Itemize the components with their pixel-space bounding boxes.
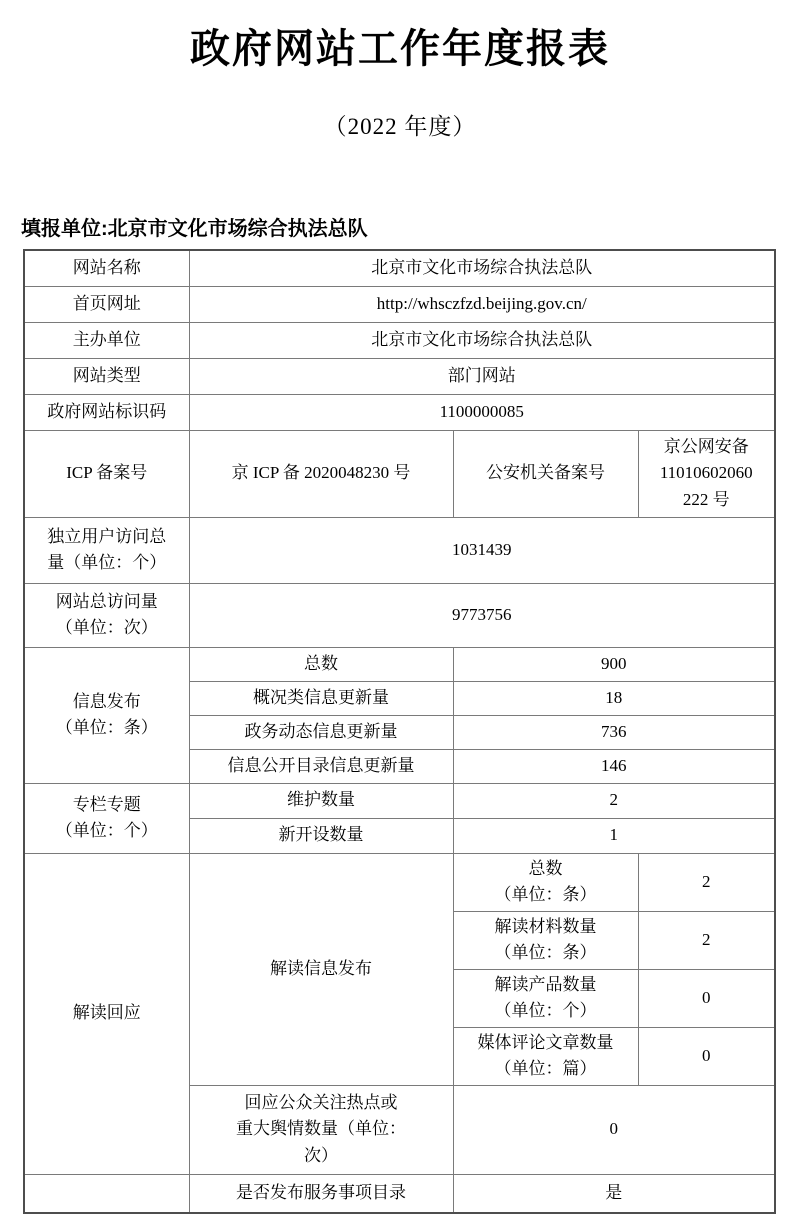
row-label-website-type: 网站类型: [24, 358, 189, 394]
cell-homepage-url: http://whsczfzd.beijing.gov.cn/: [189, 286, 775, 322]
cell-public-response: 0: [453, 1085, 775, 1174]
row-label-website-name: 网站名称: [24, 250, 189, 286]
cell-media-articles: 0: [638, 1027, 775, 1085]
cell-website-type: 部门网站: [189, 358, 775, 394]
cell-site-id-code: 1100000085: [189, 394, 775, 430]
cell-empty-continuation: [24, 1174, 189, 1213]
cell-service-directory: 是: [453, 1174, 775, 1213]
table-row: 信息发布 （单位：条） 总数 900: [24, 647, 775, 681]
cell-security-record-number: 京公网安备 11010602060 222 号: [638, 430, 775, 517]
page-subtitle: （2022 年度）: [0, 108, 800, 141]
row-label-interp-materials: 解读材料数量 （单位：条）: [453, 911, 638, 969]
table-row: 解读回应 解读信息发布 总数 （单位：条） 2: [24, 853, 775, 911]
row-label-dynamic-updates: 政务动态信息更新量: [189, 715, 453, 749]
table-row: 首页网址 http://whsczfzd.beijing.gov.cn/: [24, 286, 775, 322]
table-row: 网站类型 部门网站: [24, 358, 775, 394]
cell-interp-products: 0: [638, 969, 775, 1027]
table-row: 专栏专题 （单位：个） 维护数量 2: [24, 783, 775, 818]
cell-interp-total: 2: [638, 853, 775, 911]
table-row: 是否发布服务事项目录 是: [24, 1174, 775, 1213]
row-label-interp-products: 解读产品数量 （单位：个）: [453, 969, 638, 1027]
reporting-unit-line: 填报单位:北京市文化市场综合执法总队: [21, 212, 800, 241]
row-label-media-articles: 媒体评论文章数量 （单位：篇）: [453, 1027, 638, 1085]
row-label-host-unit: 主办单位: [24, 322, 189, 358]
cell-website-name: 北京市文化市场综合执法总队: [189, 250, 775, 286]
cell-unique-visitors: 1031439: [189, 517, 775, 583]
row-label-site-id-code: 政府网站标识码: [24, 394, 189, 430]
row-label-info-total: 总数: [189, 647, 453, 681]
row-label-public-response: 回应公众关注热点或 重大舆情数量（单位： 次）: [189, 1085, 453, 1174]
table-row: 独立用户访问总 量（单位：个） 1031439: [24, 517, 775, 583]
row-label-homepage-url: 首页网址: [24, 286, 189, 322]
table-row-icp: ICP 备案号 京 ICP 备 2020048230 号 公安机关备案号 京公网…: [24, 430, 775, 517]
group-label-interpretation: 解读回应: [24, 853, 189, 1174]
cell-new-count: 1: [453, 818, 775, 853]
group-label-special-columns: 专栏专题 （单位：个）: [24, 783, 189, 853]
row-label-icp: ICP 备案号: [24, 430, 189, 517]
row-label-overview-updates: 概况类信息更新量: [189, 681, 453, 715]
table-row: 网站总访问量 （单位：次） 9773756: [24, 583, 775, 647]
page-title: 政府网站工作年度报表: [0, 0, 800, 71]
row-label-service-directory: 是否发布服务事项目录: [189, 1174, 453, 1213]
row-label-maintained-count: 维护数量: [189, 783, 453, 818]
cell-overview-updates: 18: [453, 681, 775, 715]
cell-dynamic-updates: 736: [453, 715, 775, 749]
annual-report-table: 网站名称 北京市文化市场综合执法总队 首页网址 http://whsczfzd.…: [23, 249, 776, 1214]
cell-total-visits: 9773756: [189, 583, 775, 647]
table-row: 网站名称 北京市文化市场综合执法总队: [24, 250, 775, 286]
row-label-directory-updates: 信息公开目录信息更新量: [189, 749, 453, 783]
row-label-interp-total: 总数 （单位：条）: [453, 853, 638, 911]
cell-host-unit: 北京市文化市场综合执法总队: [189, 322, 775, 358]
cell-directory-updates: 146: [453, 749, 775, 783]
table-row: 主办单位 北京市文化市场综合执法总队: [24, 322, 775, 358]
row-label-security-record: 公安机关备案号: [453, 430, 638, 517]
cell-maintained-count: 2: [453, 783, 775, 818]
table-row: 政府网站标识码 1100000085: [24, 394, 775, 430]
row-label-new-count: 新开设数量: [189, 818, 453, 853]
row-label-total-visits: 网站总访问量 （单位：次）: [24, 583, 189, 647]
group-label-interpretation-publish: 解读信息发布: [189, 853, 453, 1085]
cell-info-total: 900: [453, 647, 775, 681]
group-label-info-publish: 信息发布 （单位：条）: [24, 647, 189, 783]
report-page: 政府网站工作年度报表 （2022 年度） 填报单位:北京市文化市场综合执法总队 …: [0, 0, 800, 1218]
cell-icp-number: 京 ICP 备 2020048230 号: [189, 430, 453, 517]
cell-interp-materials: 2: [638, 911, 775, 969]
row-label-unique-visitors: 独立用户访问总 量（单位：个）: [24, 517, 189, 583]
